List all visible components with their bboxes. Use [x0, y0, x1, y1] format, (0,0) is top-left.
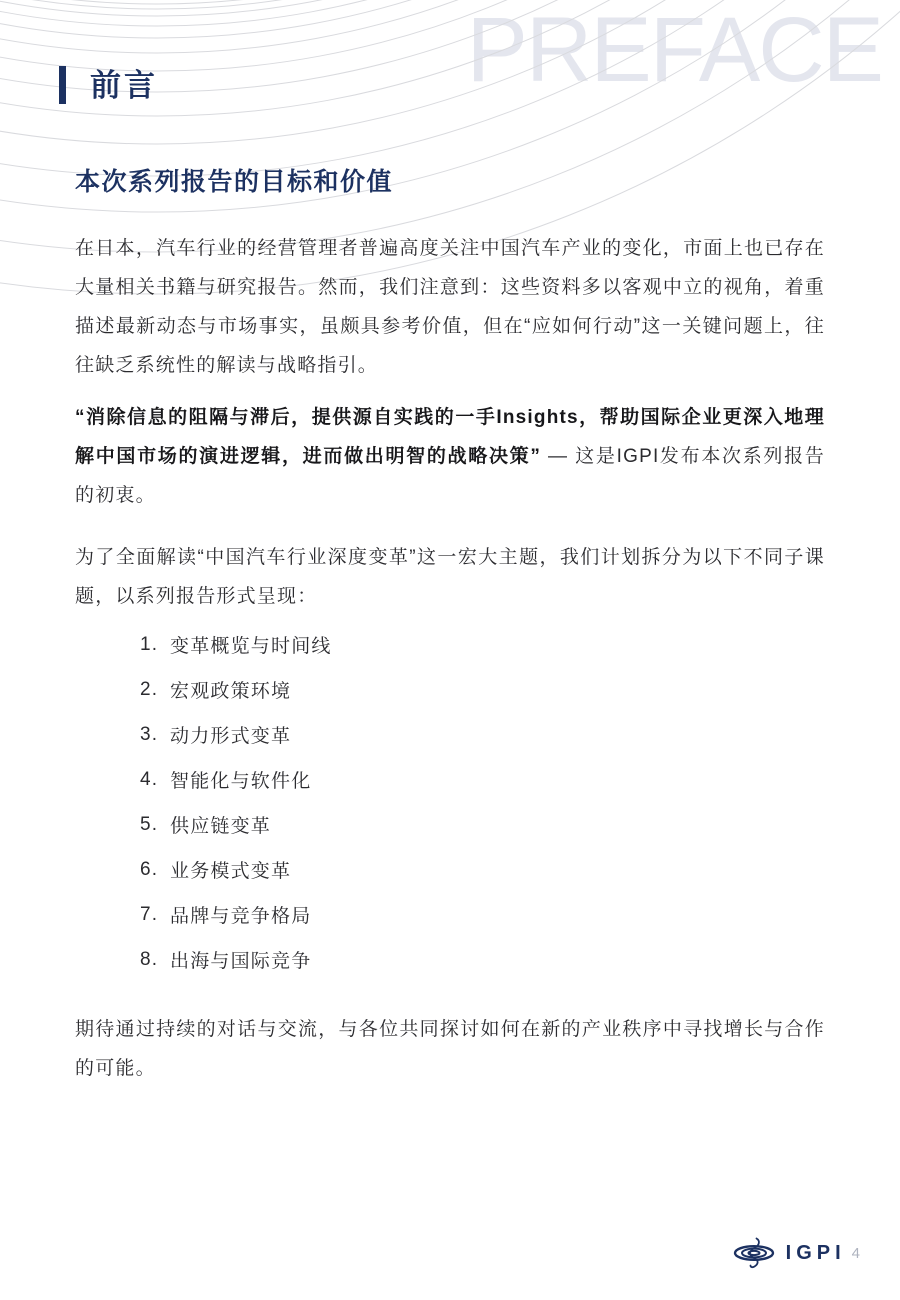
list-item-number: 4. [140, 769, 170, 791]
list-item-number: 8. [140, 949, 170, 971]
list-item: 2. 宏观政策环境 [75, 667, 825, 712]
list-item-number: 7. [140, 904, 170, 926]
list-item-number: 5. [140, 814, 170, 836]
list-item: 6. 业务模式变革 [75, 847, 825, 892]
list-item-number: 3. [140, 724, 170, 746]
list-item-number: 6. [140, 859, 170, 881]
list-item: 5. 供应链变革 [75, 802, 825, 847]
list-item: 7. 品牌与竞争格局 [75, 892, 825, 937]
report-page: PREFACE 前言 本次系列报告的目标和价值 在日本，汽车行业的经营管理者普遍… [0, 0, 900, 1300]
list-item-number: 1. [140, 634, 170, 656]
igpi-brand-text: IGPI [786, 1243, 846, 1263]
intro-paragraph: 在日本，汽车行业的经营管理者普遍高度关注中国汽车产业的变化，市面上也已存在大量相… [75, 229, 825, 385]
igpi-logo-icon [733, 1237, 777, 1269]
list-item-label: 供应链变革 [170, 811, 271, 838]
list-item-label: 业务模式变革 [170, 856, 291, 883]
series-intro-paragraph: 为了全面解读“中国汽车行业深度变革”这一宏大主题，我们计划拆分为以下不同子课题，… [75, 538, 825, 616]
list-item: 3. 动力形式变革 [75, 712, 825, 757]
series-topics-list: 1. 变革概览与时间线 2. 宏观政策环境 3. 动力形式变革 4. 智能化与软… [75, 622, 825, 982]
list-item: 4. 智能化与软件化 [75, 757, 825, 802]
list-item-label: 智能化与软件化 [170, 766, 311, 793]
page-number: 4 [852, 1246, 860, 1261]
list-item-label: 出海与国际竞争 [170, 946, 311, 973]
main-content: 本次系列报告的目标和价值 在日本，汽车行业的经营管理者普遍高度关注中国汽车产业的… [75, 167, 825, 1088]
section-title: 本次系列报告的目标和价值 [75, 167, 825, 197]
list-item: 8. 出海与国际竞争 [75, 937, 825, 982]
chapter-accent-bar [59, 66, 66, 104]
list-item-label: 品牌与竞争格局 [170, 901, 311, 928]
list-item-label: 动力形式变革 [170, 721, 291, 748]
chapter-header: 前言 [59, 66, 158, 104]
list-item-label: 宏观政策环境 [170, 676, 291, 703]
chapter-title: 前言 [90, 70, 158, 101]
list-item-number: 2. [140, 679, 170, 701]
page-footer: IGPI 4 [733, 1237, 860, 1269]
list-item: 1. 变革概览与时间线 [75, 622, 825, 667]
preface-watermark: PREFACE [467, 4, 882, 96]
list-item-label: 变革概览与时间线 [170, 631, 332, 658]
quote-paragraph: “消除信息的阻隔与滞后，提供源自实践的一手Insights，帮助国际企业更深入地… [75, 398, 825, 515]
closing-paragraph: 期待通过持续的对话与交流，与各位共同探讨如何在新的产业秩序中寻找增长与合作的可能… [75, 1010, 825, 1088]
